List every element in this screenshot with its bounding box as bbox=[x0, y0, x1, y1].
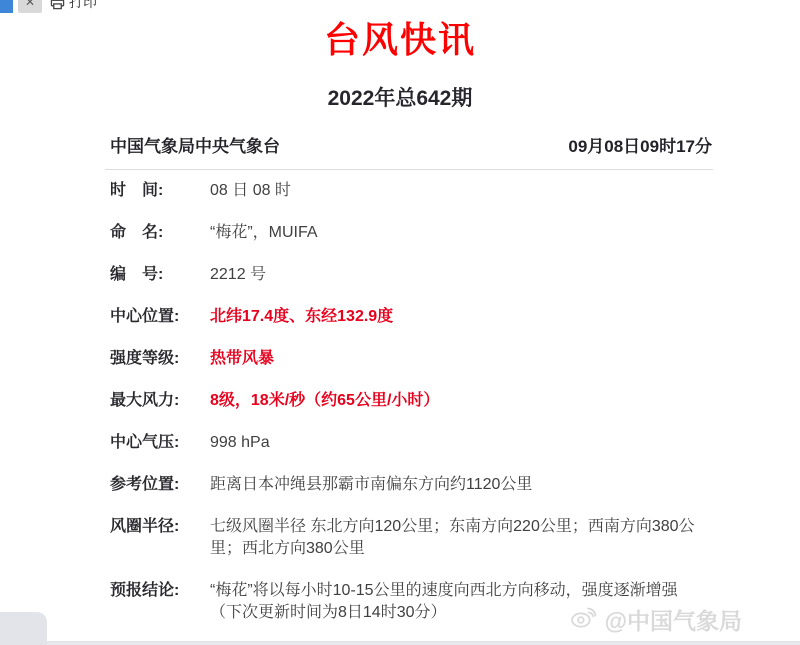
typhoon-bulletin-page: ✕ 打印 台风快讯 2022年总642期 中国气象局中央气象台 09月08日09… bbox=[0, 0, 800, 645]
watermark: @中国气象局 bbox=[569, 601, 742, 637]
bulletin-row: 编 号: 2212 号 bbox=[110, 264, 710, 286]
next-card-edge bbox=[0, 641, 800, 645]
printer-icon bbox=[50, 0, 65, 10]
row-value-wrap: 08 日 08 时 bbox=[210, 180, 710, 202]
weibo-icon bbox=[569, 601, 599, 637]
bulletin-row: 命 名: “梅花”，MUIFA bbox=[110, 222, 710, 244]
issue-number: 2022年总642期 bbox=[0, 87, 800, 111]
row-label: 中心气压: bbox=[110, 432, 210, 454]
row-label: 时 间: bbox=[110, 180, 210, 202]
row-value: 8级，18米/秒（约65公里/小时） bbox=[210, 390, 710, 412]
row-value-wrap: 8级，18米/秒（约65公里/小时） bbox=[210, 390, 710, 412]
bulletin-row: 中心气压: 998 hPa bbox=[110, 432, 710, 454]
row-value-wrap: 2212 号 bbox=[210, 264, 710, 286]
bulletin-row: 最大风力: 8级，18米/秒（约65公里/小时） bbox=[110, 390, 710, 412]
row-value: 08 日 08 时 bbox=[210, 180, 710, 202]
row-label: 风圈半径: bbox=[110, 516, 210, 560]
row-value: 2212 号 bbox=[210, 264, 710, 286]
bulletin-table: 时 间: 08 日 08 时 命 名: “梅花”，MUIFA 编 号: 2212… bbox=[110, 180, 710, 624]
bulletin-row: 时 间: 08 日 08 时 bbox=[110, 180, 710, 202]
row-value: 北纬17.4度、东经132.9度 bbox=[210, 306, 710, 328]
page-title: 台风快讯 bbox=[0, 20, 800, 60]
bulletin-row: 参考位置: 距离日本冲绳县那霸市南偏东方向约1120公里 bbox=[110, 474, 710, 496]
row-label: 强度等级: bbox=[110, 348, 210, 370]
row-label: 编 号: bbox=[110, 264, 210, 286]
background-card-corner bbox=[0, 612, 47, 645]
bulletin-row: 风圈半径: 七级风圈半径 东北方向120公里；东南方向220公里；西南方向380… bbox=[110, 516, 710, 560]
print-button[interactable]: 打印 bbox=[50, 0, 97, 12]
bulletin-meta: 中国气象局中央气象台 09月08日09时17分 bbox=[110, 135, 712, 159]
report-datetime: 09月08日09时17分 bbox=[568, 135, 712, 159]
row-label: 最大风力: bbox=[110, 390, 210, 412]
row-value: 998 hPa bbox=[210, 432, 710, 454]
close-icon: ✕ bbox=[25, 0, 35, 9]
row-value-wrap: 北纬17.4度、东经132.9度 bbox=[210, 306, 710, 328]
row-value: 热带风暴 bbox=[210, 348, 710, 370]
bulletin-row: 中心位置: 北纬17.4度、东经132.9度 bbox=[110, 306, 710, 328]
row-value: 距离日本冲绳县那霸市南偏东方向约1120公里 bbox=[210, 474, 710, 496]
watermark-handle: @中国气象局 bbox=[605, 603, 742, 636]
row-value-wrap: “梅花”，MUIFA bbox=[210, 222, 710, 244]
row-label: 参考位置: bbox=[110, 474, 210, 496]
close-button[interactable]: ✕ bbox=[18, 0, 42, 13]
row-value: “梅花”将以每小时10-15公里的速度向西北方向移动，强度逐渐增强 bbox=[210, 580, 710, 602]
row-value-wrap: 距离日本冲绳县那霸市南偏东方向约1120公里 bbox=[210, 474, 710, 496]
bulletin-row: 强度等级: 热带风暴 bbox=[110, 348, 710, 370]
print-label: 打印 bbox=[69, 0, 97, 12]
row-label: 命 名: bbox=[110, 222, 210, 244]
viewer-toolbar: ✕ 打印 bbox=[0, 0, 97, 13]
row-value: “梅花”，MUIFA bbox=[210, 222, 710, 244]
row-value-wrap: 998 hPa bbox=[210, 432, 710, 454]
row-label: 中心位置: bbox=[110, 306, 210, 328]
row-value-wrap: 热带风暴 bbox=[210, 348, 710, 370]
row-label: 预报结论: bbox=[110, 580, 210, 624]
row-value: 七级风圈半径 东北方向120公里；东南方向220公里；西南方向380公里；西北方… bbox=[210, 516, 710, 560]
window-corner-icon bbox=[0, 0, 13, 13]
header-divider bbox=[105, 169, 713, 170]
agency-name: 中国气象局中央气象台 bbox=[110, 135, 280, 159]
row-value-wrap: 七级风圈半径 东北方向120公里；东南方向220公里；西南方向380公里；西北方… bbox=[210, 516, 710, 560]
